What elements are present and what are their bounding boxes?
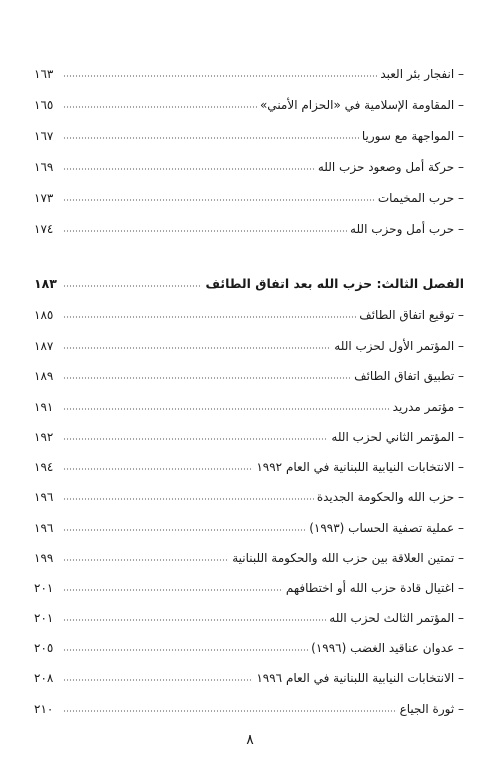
toc-entry: – حرب المخيمات ١٧٣: [34, 186, 464, 206]
dot-leader: [63, 528, 306, 532]
dot-leader: [63, 558, 229, 562]
dot-leader: [63, 229, 347, 233]
dot-leader: [63, 74, 377, 78]
toc-entry: – حرب أمل وحزب الله ١٧٤: [34, 217, 464, 237]
toc-entry-title: – انفجار بئر العبد: [377, 66, 464, 82]
toc-entry-page: ١٦٣: [34, 66, 63, 82]
toc-entry: – المؤتمر الأول لحزب الله ١٨٧: [34, 334, 464, 354]
dot-leader: [63, 648, 308, 652]
dot-leader: [63, 105, 257, 109]
toc-entry-title: – حزب الله والحكومة الجديدة: [314, 489, 464, 505]
toc-entry-page: ٢٠٨: [34, 670, 63, 686]
toc-entry: – المؤتمر الثاني لحزب الله ١٩٢: [34, 425, 464, 445]
toc-entry-page: ٢٠٥: [34, 640, 63, 656]
dot-leader: [63, 315, 356, 319]
page-number: ٨: [0, 732, 500, 748]
toc-entry: – المقاومة الإسلامية في «الحزام الأمني» …: [34, 93, 464, 113]
dot-leader: [63, 376, 351, 380]
dot-leader: [63, 678, 253, 682]
toc-entry-title: – حرب المخيمات: [375, 190, 464, 206]
toc-entry: – ثورة الجياع ٢١٠: [34, 697, 464, 717]
dot-leader: [63, 346, 331, 350]
toc-entry: – الانتخابات النيابية اللبنانية في العام…: [34, 455, 464, 475]
toc-entry-title: – المواجهة مع سوريا: [359, 128, 464, 144]
toc-entry-title: – تمتين العلاقة بين حزب الله والحكومة ال…: [229, 550, 464, 566]
toc-entry-title: – تطبيق اتفاق الطائف: [351, 368, 464, 384]
chapter-title: الفصل الثالث: حزب الله بعد اتفاق الطائف: [202, 276, 464, 292]
dot-leader: [63, 407, 390, 411]
toc-entry-page: ١٦٧: [34, 128, 63, 144]
toc-entry-page: ١٧٣: [34, 190, 63, 206]
chapter-page: ١٨٣: [34, 276, 63, 292]
dot-leader: [63, 618, 326, 622]
toc-entry-page: ١٩٩: [34, 550, 63, 566]
dot-leader: [63, 167, 315, 171]
toc-entry: – مؤتمر مدريد ١٩١: [34, 395, 464, 415]
toc-entry-page: ١٨٥: [34, 307, 63, 323]
toc-entry: – عدوان عناقيد الغضب (١٩٩٦) ٢٠٥: [34, 636, 464, 656]
toc-entry: – عملية تصفية الحساب (١٩٩٣) ١٩٦: [34, 516, 464, 536]
toc-entry-title: – المقاومة الإسلامية في «الحزام الأمني»: [257, 97, 464, 113]
toc-entry-title: – اغتيال قادة حزب الله أو اختطافهم: [283, 580, 464, 596]
table-of-contents-page: – انفجار بئر العبد ١٦٣ – المقاومة الإسلا…: [0, 0, 500, 765]
toc-entry-title: – عملية تصفية الحساب (١٩٩٣): [306, 520, 464, 536]
toc-entry-page: ١٩١: [34, 399, 63, 415]
dot-leader: [63, 467, 253, 471]
dot-leader: [63, 437, 328, 441]
toc-entry: – انفجار بئر العبد ١٦٣: [34, 62, 464, 82]
toc-entry: – توقيع اتفاق الطائف ١٨٥: [34, 303, 464, 323]
toc-entry-page: ١٨٩: [34, 368, 63, 384]
toc-entry: – حزب الله والحكومة الجديدة ١٩٦: [34, 485, 464, 505]
toc-entry-title: – مؤتمر مدريد: [390, 399, 464, 415]
toc-entry-page: ٢٠١: [34, 580, 63, 596]
dot-leader: [63, 588, 283, 592]
toc-entry-page: ١٦٥: [34, 97, 63, 113]
toc-entry-page: ١٨٧: [34, 338, 63, 354]
dot-leader: [63, 198, 375, 202]
toc-entry: – المواجهة مع سوريا ١٦٧: [34, 124, 464, 144]
toc-entry: – تطبيق اتفاق الطائف ١٨٩: [34, 364, 464, 384]
toc-entry-page: ١٧٤: [34, 221, 63, 237]
chapter-heading: الفصل الثالث: حزب الله بعد اتفاق الطائف …: [34, 272, 464, 292]
toc-entry-title: – الانتخابات النيابية اللبنانية في العام…: [253, 459, 464, 475]
toc-entry-title: – المؤتمر الثالث لحزب الله: [326, 610, 464, 626]
dot-leader: [63, 136, 359, 140]
toc-entry-page: ١٩٦: [34, 489, 63, 505]
toc-entry: – حركة أمل وصعود حزب الله ١٦٩: [34, 155, 464, 175]
toc-entry-page: ٢٠١: [34, 610, 63, 626]
toc-entry: – تمتين العلاقة بين حزب الله والحكومة ال…: [34, 546, 464, 566]
toc-entry-title: – المؤتمر الأول لحزب الله: [331, 338, 464, 354]
toc-entry: – المؤتمر الثالث لحزب الله ٢٠١: [34, 606, 464, 626]
toc-entry-title: – توقيع اتفاق الطائف: [356, 307, 464, 323]
toc-entry-title: – ثورة الجياع: [397, 701, 464, 717]
toc-entry: – الانتخابات النيابية اللبنانية في العام…: [34, 666, 464, 686]
toc-entry-title: – حركة أمل وصعود حزب الله: [315, 159, 464, 175]
toc-entry-page: ١٩٢: [34, 429, 63, 445]
toc-entry-title: – الانتخابات النيابية اللبنانية في العام…: [253, 670, 464, 686]
toc-entry-title: – حرب أمل وحزب الله: [347, 221, 464, 237]
dot-leader: [63, 284, 202, 288]
toc-entry-page: ١٩٤: [34, 459, 63, 475]
toc-entry-title: – عدوان عناقيد الغضب (١٩٩٦): [308, 640, 464, 656]
toc-entry: – اغتيال قادة حزب الله أو اختطافهم ٢٠١: [34, 576, 464, 596]
toc-entry-title: – المؤتمر الثاني لحزب الله: [328, 429, 464, 445]
toc-entry-page: ٢١٠: [34, 701, 63, 717]
dot-leader: [63, 709, 397, 713]
dot-leader: [63, 497, 314, 501]
toc-entry-page: ١٩٦: [34, 520, 63, 536]
toc-entry-page: ١٦٩: [34, 159, 63, 175]
